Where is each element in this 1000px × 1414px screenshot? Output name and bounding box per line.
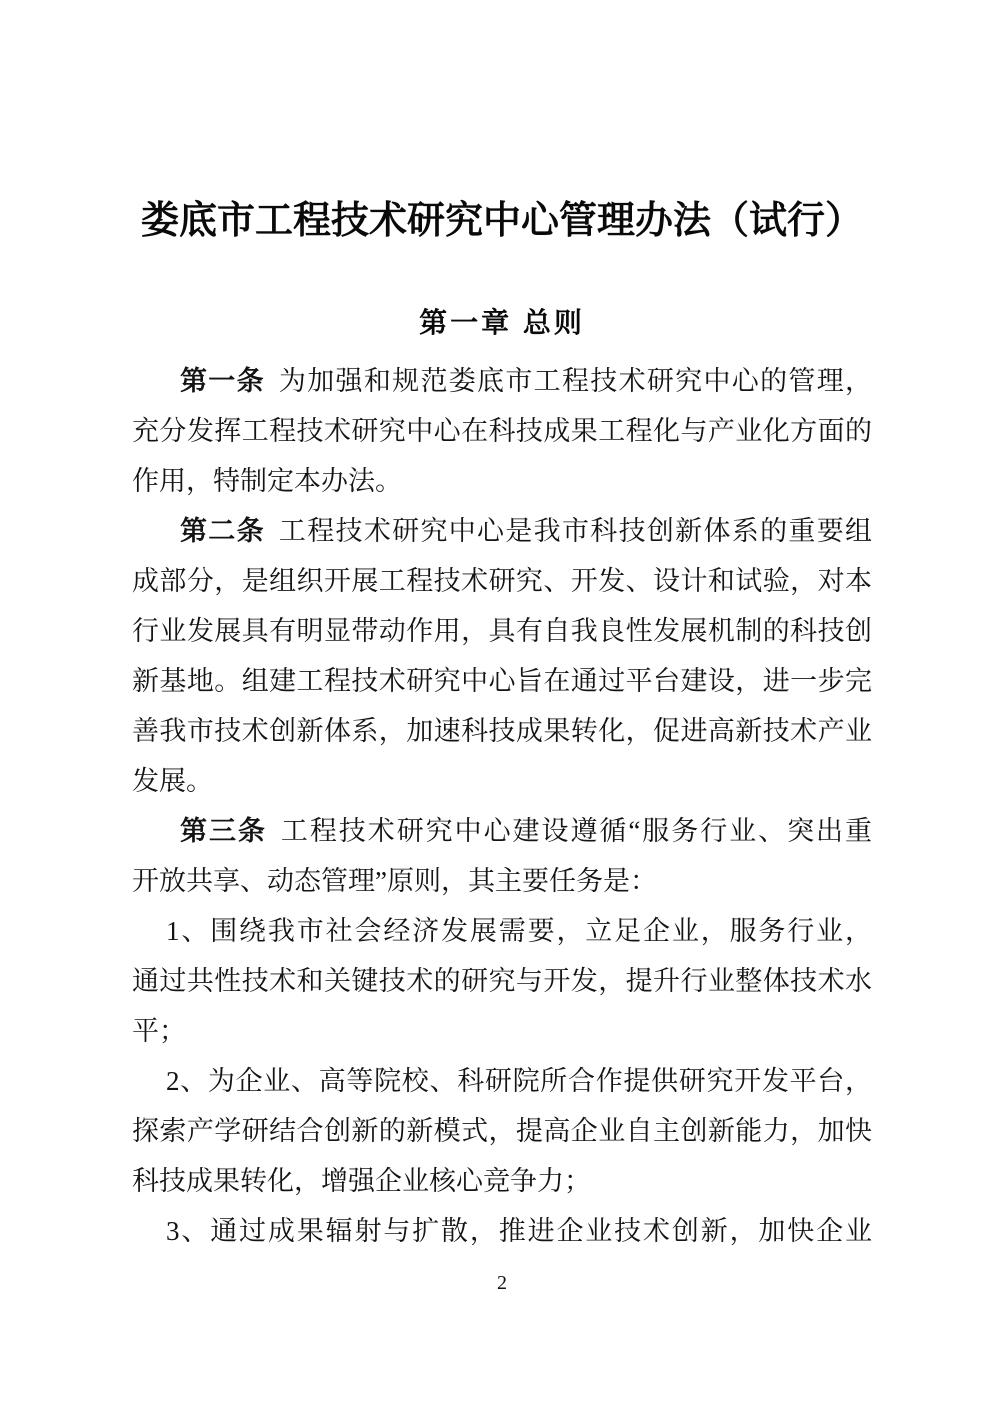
line-text: 科技成果转化，增强企业核心竞争力； bbox=[132, 1166, 591, 1196]
document-body: 第一条为加强和规范娄底市工程技术研究中心的管理，充分发挥工程技术研究中心在科技成… bbox=[132, 356, 872, 1256]
text-line: 3、通过成果辐射与扩散，推进企业技术创新，加快企业 bbox=[132, 1206, 872, 1256]
line-text: 探索产学研结合创新的新模式，提高企业自主创新能力，加快 bbox=[132, 1116, 872, 1146]
line-text: 工程技术研究中心建设遵循“服务行业、突出重点、 bbox=[180, 816, 872, 856]
text-line: 探索产学研结合创新的新模式，提高企业自主创新能力，加快 bbox=[132, 1106, 872, 1156]
text-line: 善我市技术创新体系，加速科技成果转化，促进高新技术产业 bbox=[132, 706, 872, 756]
chapter-heading: 第一章 总则 bbox=[132, 306, 872, 340]
article-paragraph: 第二条工程技术研究中心是我市科技创新体系的重要组成部分，是组织开展工程技术研究、… bbox=[132, 506, 872, 806]
line-text: 成部分，是组织开展工程技术研究、开发、设计和试验，对本 bbox=[132, 566, 872, 596]
numbered-item-paragraph: 1、围绕我市社会经济发展需要，立足企业，服务行业，通过共性技术和关键技术的研究与… bbox=[132, 906, 872, 1056]
line-text: 3、通过成果辐射与扩散，推进企业技术创新，加快企业 bbox=[166, 1216, 872, 1246]
text-line: 2、为企业、高等院校、科研院所合作提供研究开发平台， bbox=[132, 1056, 872, 1106]
page-number: 2 bbox=[132, 1270, 872, 1296]
line-text: 为加强和规范娄底市工程技术研究中心的管理， bbox=[279, 366, 872, 396]
text-line: 第三条工程技术研究中心建设遵循“服务行业、突出重点、 bbox=[132, 806, 872, 856]
line-text: 发展。 bbox=[132, 766, 213, 796]
text-line: 通过共性技术和关键技术的研究与开发，提升行业整体技术水 bbox=[132, 956, 872, 1006]
text-line: 科技成果转化，增强企业核心竞争力； bbox=[132, 1156, 872, 1206]
text-line: 作用，特制定本办法。 bbox=[132, 456, 872, 506]
line-text: 作用，特制定本办法。 bbox=[132, 466, 402, 496]
text-line: 平； bbox=[132, 1006, 872, 1056]
line-text: 新基地。组建工程技术研究中心旨在通过平台建设，进一步完 bbox=[132, 666, 872, 696]
text-line: 开放共享、动态管理”原则，其主要任务是： bbox=[132, 856, 872, 906]
numbered-item-paragraph: 2、为企业、高等院校、科研院所合作提供研究开发平台，探索产学研结合创新的新模式，… bbox=[132, 1056, 872, 1206]
document-content: 娄底市工程技术研究中心管理办法（试行） 第一章 总则 第一条为加强和规范娄底市工… bbox=[0, 0, 1000, 1296]
text-line: 行业发展具有明显带动作用，具有自我良性发展机制的科技创 bbox=[132, 606, 872, 656]
text-line: 新基地。组建工程技术研究中心旨在通过平台建设，进一步完 bbox=[132, 656, 872, 706]
text-line: 第一条为加强和规范娄底市工程技术研究中心的管理， bbox=[132, 356, 872, 406]
line-text: 善我市技术创新体系，加速科技成果转化，促进高新技术产业 bbox=[132, 716, 872, 746]
text-line: 1、围绕我市社会经济发展需要，立足企业，服务行业， bbox=[132, 906, 872, 956]
article-number: 第一条 bbox=[180, 366, 265, 396]
document-page: 娄底市工程技术研究中心管理办法（试行） 第一章 总则 第一条为加强和规范娄底市工… bbox=[0, 0, 1000, 1414]
line-text: 行业发展具有明显带动作用，具有自我良性发展机制的科技创 bbox=[132, 616, 872, 646]
line-text: 2、为企业、高等院校、科研院所合作提供研究开发平台， bbox=[166, 1066, 872, 1096]
article-paragraph: 第三条工程技术研究中心建设遵循“服务行业、突出重点、开放共享、动态管理”原则，其… bbox=[132, 806, 872, 906]
line-text: 充分发挥工程技术研究中心在科技成果工程化与产业化方面的 bbox=[132, 416, 872, 446]
document-title: 娄底市工程技术研究中心管理办法（试行） bbox=[132, 198, 872, 244]
text-line: 第二条工程技术研究中心是我市科技创新体系的重要组 bbox=[132, 506, 872, 556]
text-line: 成部分，是组织开展工程技术研究、开发、设计和试验，对本 bbox=[132, 556, 872, 606]
line-text: 工程技术研究中心是我市科技创新体系的重要组 bbox=[279, 516, 872, 546]
article-number: 第二条 bbox=[180, 516, 265, 546]
line-text: 1、围绕我市社会经济发展需要，立足企业，服务行业， bbox=[166, 916, 872, 946]
line-text: 平； bbox=[132, 1016, 186, 1046]
article-paragraph: 第一条为加强和规范娄底市工程技术研究中心的管理，充分发挥工程技术研究中心在科技成… bbox=[132, 356, 872, 506]
article-number: 第三条 bbox=[180, 816, 267, 846]
line-text: 开放共享、动态管理”原则，其主要任务是： bbox=[132, 866, 657, 896]
line-text: 通过共性技术和关键技术的研究与开发，提升行业整体技术水 bbox=[132, 966, 872, 996]
text-line: 发展。 bbox=[132, 756, 872, 806]
text-line: 充分发挥工程技术研究中心在科技成果工程化与产业化方面的 bbox=[132, 406, 872, 456]
numbered-item-paragraph: 3、通过成果辐射与扩散，推进企业技术创新，加快企业 bbox=[132, 1206, 872, 1256]
